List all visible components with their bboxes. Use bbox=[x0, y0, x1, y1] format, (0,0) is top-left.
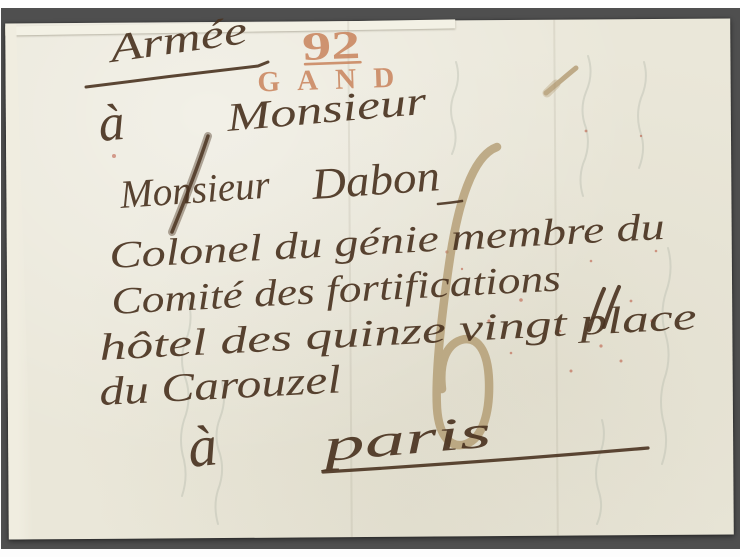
letter-photo: 92 GAND 6 Armée à Monsieur Monsieur bbox=[0, 0, 740, 557]
fold-crease bbox=[553, 20, 559, 536]
fold-crease bbox=[347, 21, 353, 537]
letter-sheet bbox=[5, 18, 734, 539]
paper-fold-left-edge bbox=[5, 23, 33, 539]
